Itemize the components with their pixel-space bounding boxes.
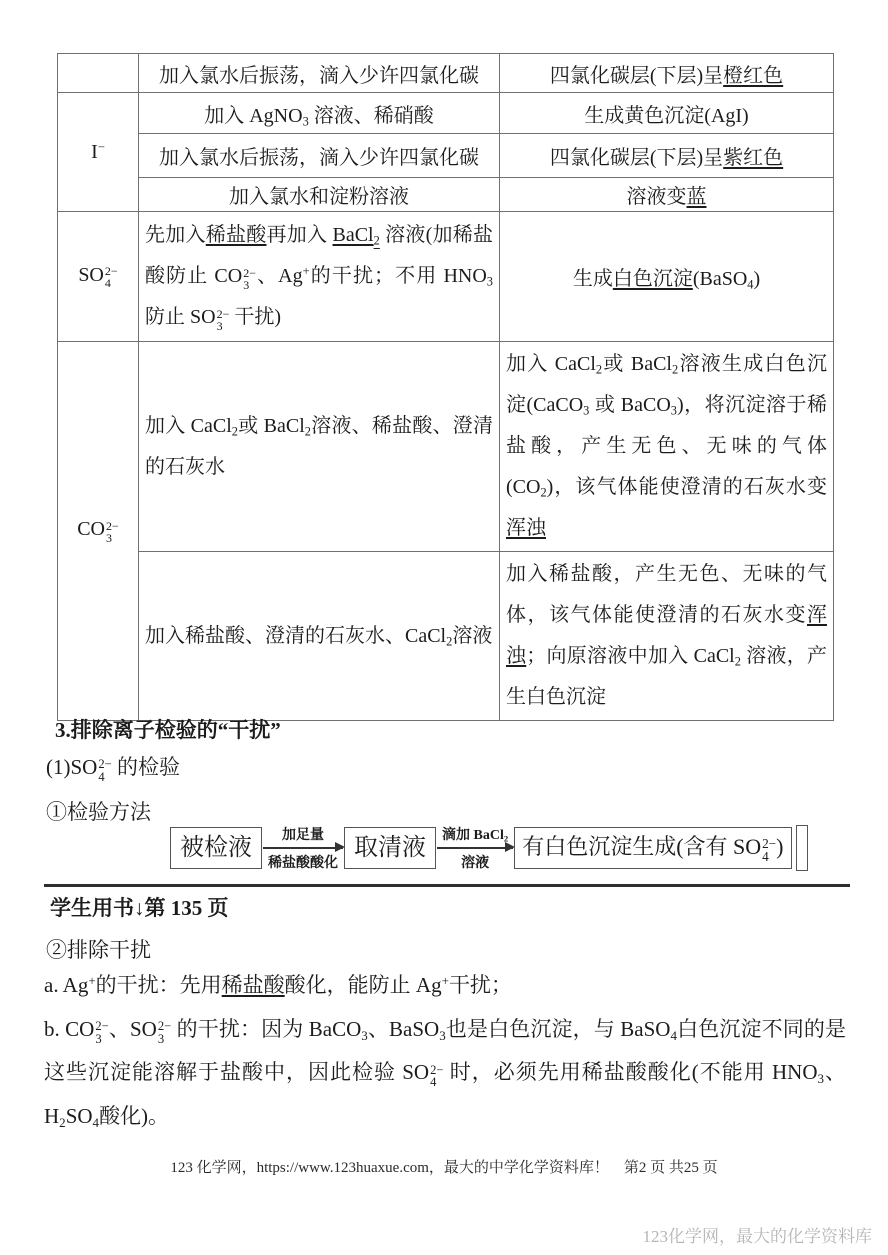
so4-test-flowchart: 被检液 加足量 稀盐酸酸化 取清液 滴加 BaCl2 溶液 有白色沉淀生成(含有… (170, 824, 808, 872)
ion-cell-sulfate: SO2−4 (58, 212, 139, 342)
line-a-ag-interference: a. Ag+的干扰：先用稀盐酸酸化，能防止 Ag+干扰； (44, 969, 512, 999)
flow-box-sample: 被检液 (170, 827, 262, 869)
method-cell: 加入氯水后振荡，滴入少许四氯化碳 (139, 134, 500, 178)
flow-arrow-1: 加足量 稀盐酸酸化 (263, 824, 343, 872)
arrow2-bottom-label: 溶液 (456, 852, 494, 872)
result-cell: 生成白色沉淀(BaSO4) (500, 212, 834, 342)
page-footer: 123 化学网，https://www.123huaxue.com，最大的中学化… (0, 1156, 888, 1177)
result-cell: 溶液变蓝 (500, 178, 834, 212)
ion-check-table: 加入氯水后振荡，滴入少许四氯化碳 四氯化碳层(下层)呈橙红色 I− 加入 AgN… (57, 53, 834, 721)
table-row: CO2−3 加入 CaCl2或 BaCl2溶液、稀盐酸、澄清的石灰水 加入 Ca… (58, 342, 834, 552)
arrow-right-icon (263, 847, 343, 849)
result-cell: 加入稀盐酸，产生无色、无味的气体，该气体能使澄清的石灰水变浑浊；向原溶液中加入 … (500, 552, 834, 721)
arrow1-bottom-label: 稀盐酸酸化 (263, 852, 343, 872)
flow-box-clear-liquid: 取清液 (344, 827, 436, 869)
table-row: 加入氯水后振荡，滴入少许四氯化碳 四氯化碳层(下层)呈紫红色 (58, 134, 834, 178)
para-b-carbonate-interference: b. CO2−3、SO2−3 的干扰：因为 BaCO3、BaSO3也是白色沉淀，… (44, 1008, 846, 1138)
arrow2-top-label: 滴加 BaCl2 (437, 824, 513, 844)
student-book-header: 学生用书↓第 135 页 (50, 892, 229, 922)
subsection-so4-check: (1)SO2−4 的检验 (46, 751, 180, 784)
result-cell: 四氯化碳层(下层)呈橙红色 (500, 54, 834, 93)
arrow-right-icon (437, 847, 513, 849)
ion-cell-empty (58, 54, 139, 93)
table-row: 加入氯水和淀粉溶液 溶液变蓝 (58, 178, 834, 212)
table-row: 加入稀盐酸、澄清的石灰水、CaCl2溶液 加入稀盐酸，产生无色、无味的气体，该气… (58, 552, 834, 721)
result-cell: 四氯化碳层(下层)呈紫红色 (500, 134, 834, 178)
method-cell: 加入氯水和淀粉溶液 (139, 178, 500, 212)
page: { "colors":{"background":"#ffffff","text… (0, 0, 888, 1255)
method-cell: 加入氯水后振荡，滴入少许四氯化碳 (139, 54, 500, 93)
flow-tail-box (796, 825, 808, 871)
table-row: I− 加入 AgNO3 溶液、稀硝酸 生成黄色沉淀(AgI) (58, 93, 834, 134)
result-cell: 加入 CaCl2或 BaCl2溶液生成白色沉淀(CaCO3 或 BaCO3)，将… (500, 342, 834, 552)
flow-box-result: 有白色沉淀生成(含有 SO2−4) (514, 827, 791, 869)
result-cell: 生成黄色沉淀(AgI) (500, 93, 834, 134)
method-cell: 加入 AgNO3 溶液、稀硝酸 (139, 93, 500, 134)
ion-cell-iodide: I− (58, 93, 139, 212)
method-cell: 先加入稀盐酸再加入 BaCl2 溶液(加稀盐酸防止 CO2−3、Ag+的干扰；不… (139, 212, 500, 342)
table-row: 加入氯水后振荡，滴入少许四氯化碳 四氯化碳层(下层)呈橙红色 (58, 54, 834, 93)
ion-cell-carbonate: CO2−3 (58, 342, 139, 721)
site-watermark: 123化学网，最大的化学资料库 (643, 1222, 873, 1247)
item-check-method: ①检验方法 (46, 796, 151, 826)
flow-arrow-2: 滴加 BaCl2 溶液 (437, 824, 513, 872)
method-cell: 加入稀盐酸、澄清的石灰水、CaCl2溶液 (139, 552, 500, 721)
table-row: SO2−4 先加入稀盐酸再加入 BaCl2 溶液(加稀盐酸防止 CO2−3、Ag… (58, 212, 834, 342)
item-exclude-interference: ②排除干扰 (46, 934, 151, 964)
section-heading-3: 3.排除离子检验的“干扰” (55, 714, 281, 744)
section-divider (44, 884, 850, 887)
method-cell: 加入 CaCl2或 BaCl2溶液、稀盐酸、澄清的石灰水 (139, 342, 500, 552)
arrow1-top-label: 加足量 (277, 824, 329, 844)
